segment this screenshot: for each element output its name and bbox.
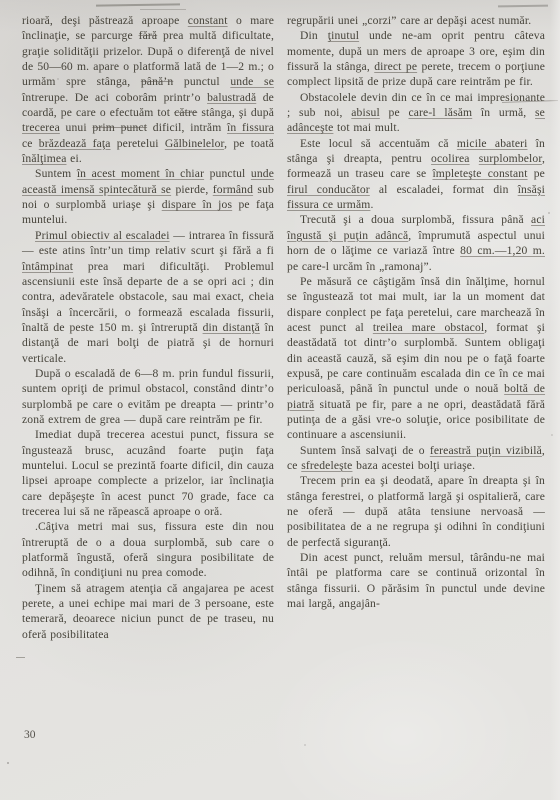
paragraph: .Câţiva metri mai sus, fissura este din … [22, 519, 274, 580]
pencil-underline: brăzdează faţa [39, 137, 111, 150]
pencil-underline: 80 cm.—1,20 m. [460, 244, 545, 257]
pencil-underline: trecerea [22, 121, 60, 134]
paragraph: Suntem însă salvaţi de o fereastră puţin… [287, 443, 545, 474]
pencil-underline: aci îngustă şi puţin adâncă [287, 213, 545, 241]
pencil-underline: în fissura [227, 121, 274, 134]
paragraph: Este locul să accentuăm că micile abater… [287, 136, 545, 213]
text-column-right: regrupării unei „corzi” care ar depăşi a… [287, 13, 545, 611]
pencil-underline: din distanţă [203, 321, 260, 334]
pencil-margin-dash [16, 657, 25, 658]
page-edge-shading [550, 0, 560, 800]
pencil-underline: împleteşte constant [432, 167, 527, 180]
pencil-underline: sfredeleşte [301, 459, 352, 472]
paragraph: Din acest punct, reluăm mersul, târându-… [287, 550, 545, 611]
scan-artifact-line [96, 3, 180, 6]
pencil-underline: întâmpinat [22, 260, 73, 273]
pencil-underline: care-l lăsăm [408, 106, 472, 119]
paragraph: rioară, deşi păstrează aproape constant … [22, 13, 274, 166]
pencil-underline: unde se [230, 75, 274, 88]
pencil-underline: treilea mare obstacol [373, 321, 484, 334]
scan-artifact-line [140, 9, 186, 10]
pencil-underline: fereastră puţin vizibilă [430, 444, 542, 457]
pencil-strike: prim punct [92, 121, 147, 134]
page-number: 30 [24, 729, 36, 741]
scan-specks [0, 0, 2, 2]
paragraph: regrupării unei „corzi” care ar depăşi a… [287, 13, 545, 28]
pencil-underline: în acest moment în chiar [77, 167, 204, 180]
paragraph: Trecută şi a doua surplombă, fissura pân… [287, 212, 545, 273]
pencil-underline: boltă de piatră [287, 382, 545, 410]
pencil-strike: către [174, 106, 197, 119]
paragraph: După o escaladă de 6—8 m. prin fundul fi… [22, 366, 274, 427]
paragraph: Suntem în acest moment în chiar punctul … [22, 166, 274, 227]
pencil-underline: constant [188, 14, 228, 27]
pencil-underline: micile abateri [457, 137, 528, 150]
pencil-underline: formând [213, 183, 253, 196]
paragraph: Pe măsură ce câştigăm însă din înălţime,… [287, 274, 545, 443]
text-column-left: rioară, deşi păstrează aproape constant … [22, 13, 274, 642]
paragraph: Trecem prin ea şi deodată, apare în drea… [287, 473, 545, 550]
pencil-underline: direct pe [374, 60, 417, 73]
pencil-strike: fără [139, 29, 158, 42]
scanned-book-page: rioară, deşi păstrează aproape constant … [0, 0, 560, 800]
scan-artifact-line [498, 5, 548, 7]
pencil-underline: dispare în jos [162, 198, 232, 211]
paragraph: Ţinem să atragem atenţia că angajarea pe… [22, 581, 274, 642]
paragraph: Din ţinutul unde ne-am oprit pentru câte… [287, 28, 545, 89]
paragraph: Obstacolele devin din ce în ce mai impre… [287, 90, 545, 136]
paragraph: Imediat după trecerea acestui punct, fis… [22, 427, 274, 519]
pencil-underline: înălţimea [22, 152, 67, 165]
pencil-underline: Gălbinelelor [165, 137, 224, 150]
pencil-underline: firul conducător [287, 183, 370, 196]
paragraph: Primul obiectiv al escaladei — intrarea … [22, 228, 274, 366]
pencil-underline: balustradă [207, 91, 256, 104]
pencil-underline: abisul [351, 106, 380, 119]
pencil-underline: surplombelor [479, 152, 542, 165]
pencil-underline: ţinutul [328, 29, 359, 42]
pencil-strike: până’n [141, 75, 173, 88]
pencil-underline: ocolirea [431, 152, 470, 165]
pencil-underline: Primul obiectiv al escaladei [35, 229, 170, 242]
